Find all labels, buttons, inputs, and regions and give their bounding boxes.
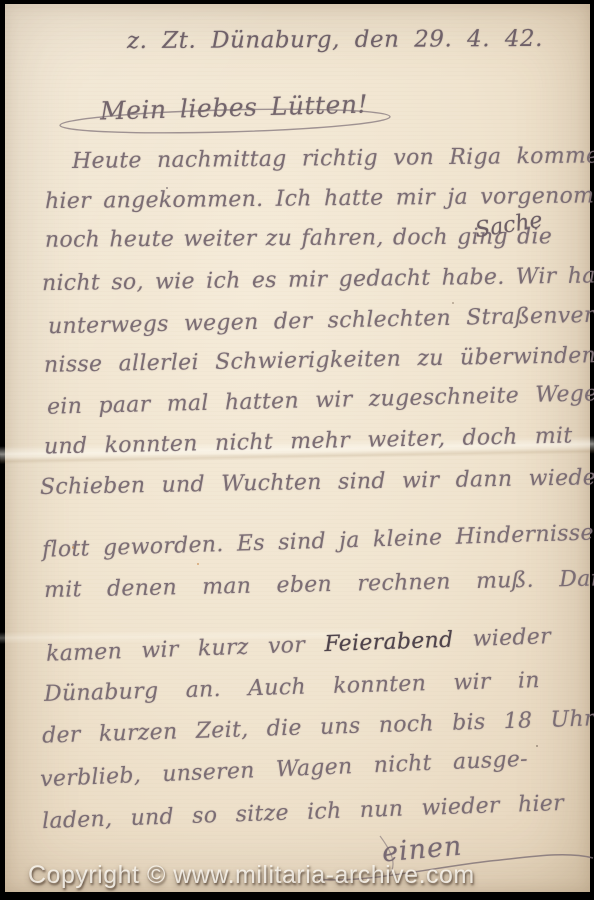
handwriting-text: der kurzen Zeit, die uns noch bis 18 Uhr [42, 706, 594, 748]
handwriting-text: nisse allerlei Schwierigkeiten zu überwi… [44, 343, 594, 378]
handwriting-line: laden, und so sitze ich nun wieder hier [42, 791, 565, 834]
handwriting-line: Dünaburg an. Auch konnten wir in [44, 668, 540, 707]
handwriting-text: kamen wir kurz vor [46, 632, 325, 667]
handwriting-line: kamen wir kurz vor Feierabend wieder [46, 624, 552, 667]
handwriting-line: und konnten nicht mehr weiter, doch mit [44, 423, 573, 459]
handwriting-line: unterwegs wegen der schlechten Straßenve… [48, 302, 594, 340]
handwriting-line: Schieben und Wuchten sind wir dann wiede… [40, 465, 594, 500]
handwriting-text: wieder [453, 624, 551, 652]
handwriting-line: nisse allerlei Schwierigkeiten zu überwi… [44, 343, 594, 378]
handwriting-text: mit denen man eben rechnen muß. Dann [44, 566, 594, 603]
handwriting-text: ein paar mal hatten wir zugeschneite Weg… [47, 381, 594, 419]
handwriting-text: unterwegs wegen der schlechten Straßenve… [48, 302, 594, 340]
copyright-watermark: Copyright © www.militaria-archive.com [28, 861, 475, 890]
scanned-letter-page: z. Zt. Dünaburg, den 29. 4. 42. Mein lie… [0, 0, 594, 900]
handwriting-text: Dünaburg an. Auch konnten wir in [44, 668, 540, 707]
handwriting-line: hier angekommen. Ich hatte mir ja vorgen… [45, 183, 594, 214]
handwriting-line: verblieb, unseren Wagen nicht ausge- [40, 747, 529, 792]
handwriting-line: flott geworden. Es sind ja kleine Hinder… [42, 520, 594, 563]
handwriting-text: nicht so, wie ich es mir gedacht habe. W… [42, 263, 594, 296]
handwriting-text: Schieben und Wuchten sind wir dann wiede… [40, 465, 594, 500]
handwriting-line: der kurzen Zeit, die uns noch bis 18 Uhr [42, 706, 594, 748]
handwriting-line: nicht so, wie ich es mir gedacht habe. W… [42, 263, 594, 296]
handwriting-text: verblieb, unseren Wagen nicht ausge- [40, 747, 529, 792]
salutation-line: Mein liebes Lütten! [100, 89, 369, 125]
handwriting-retraced-word: Feierabend [324, 628, 454, 657]
handwriting-line: mit denen man eben rechnen muß. Dann [44, 566, 594, 603]
date-line: z. Zt. Dünaburg, den 29. 4. 42. [127, 26, 543, 54]
handwriting-text: laden, und so sitze ich nun wieder hier [42, 791, 565, 834]
handwriting-text: hier angekommen. Ich hatte mir ja vorgen… [45, 183, 594, 214]
handwriting-text: und konnten nicht mehr weiter, doch mit [44, 423, 573, 459]
handwriting-body: z. Zt. Dünaburg, den 29. 4. 42. Mein lie… [0, 0, 594, 900]
handwriting-text: flott geworden. Es sind ja kleine Hinder… [42, 520, 594, 563]
handwriting-text: Heute nachmittag richtig von Riga kommen… [72, 143, 594, 174]
handwriting-line: Heute nachmittag richtig von Riga kommen… [72, 143, 594, 174]
handwriting-line: ein paar mal hatten wir zugeschneite Weg… [47, 381, 594, 419]
